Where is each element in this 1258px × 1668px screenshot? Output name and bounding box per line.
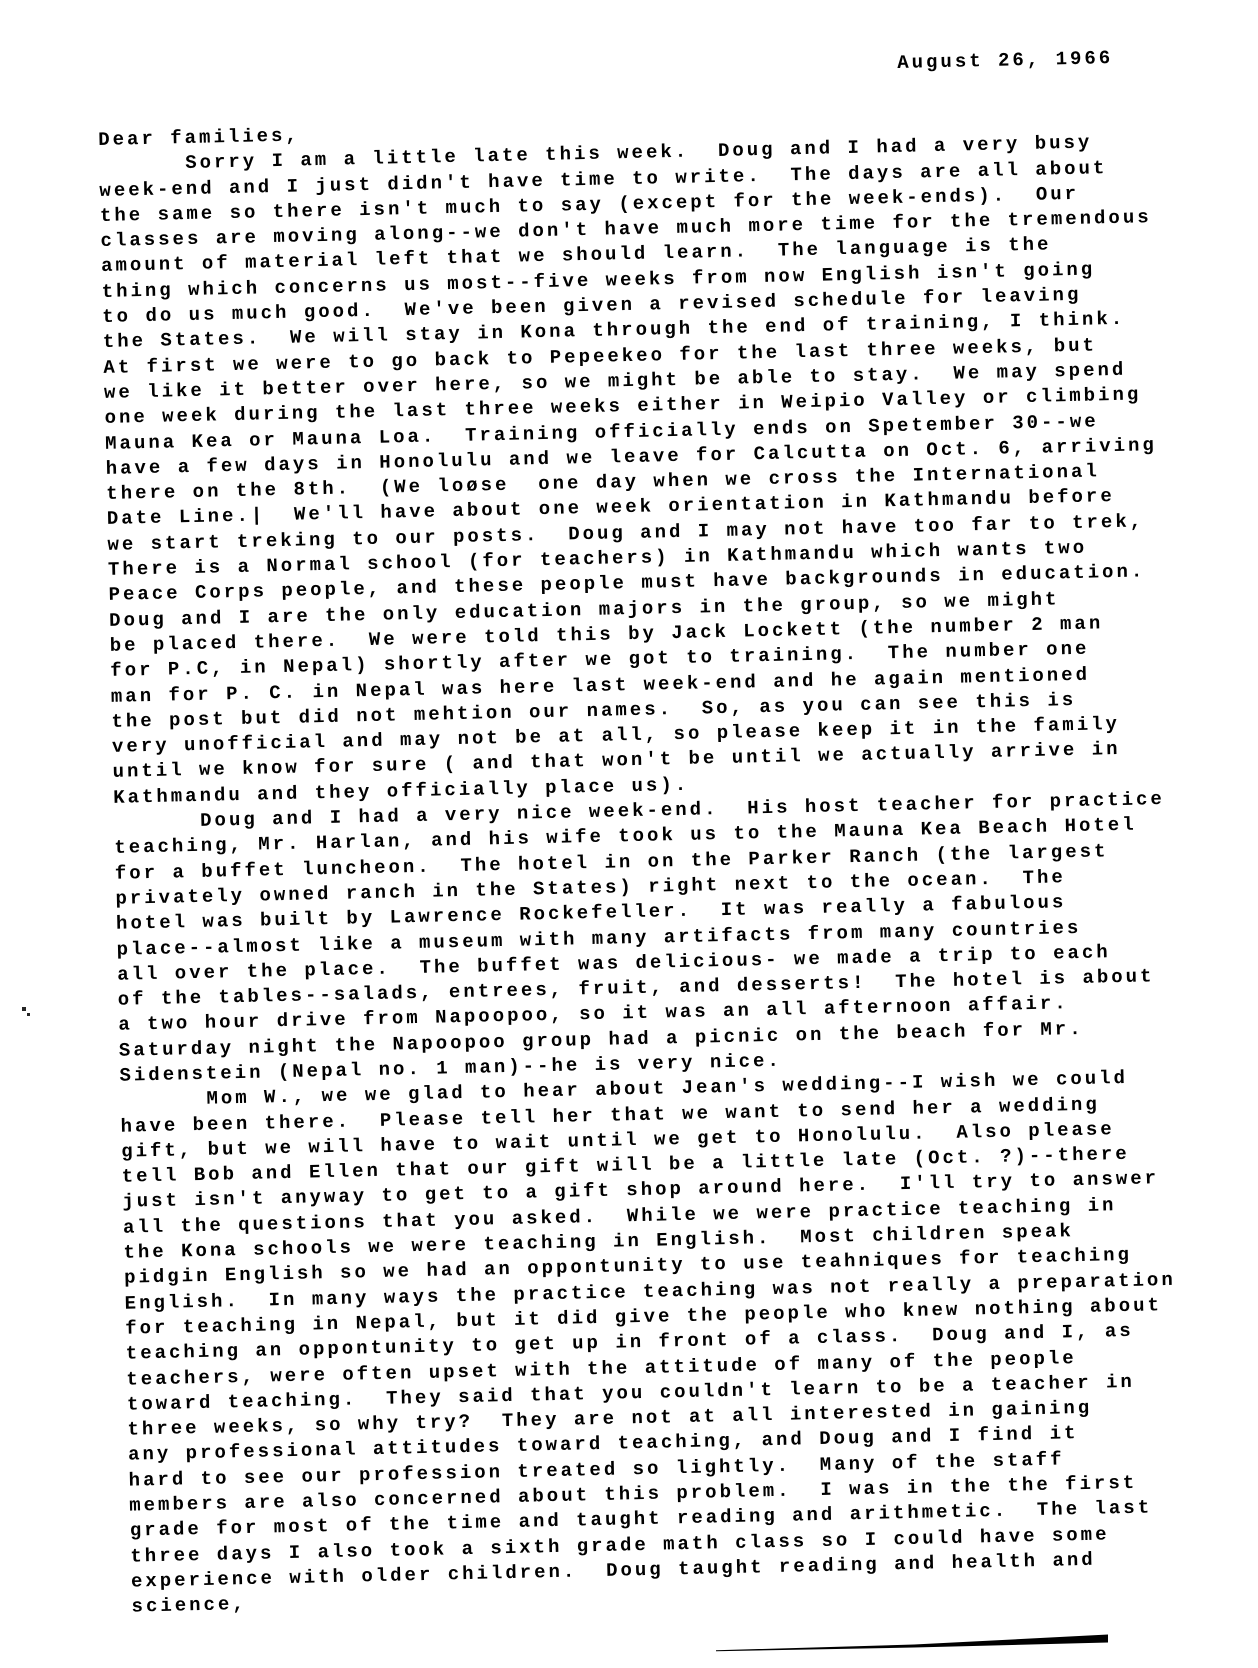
scanner-streak-artifact	[714, 1630, 1114, 1658]
letter-body-text: Dear families, Sorry I am a little late …	[98, 104, 1183, 1620]
scan-dot-artifact	[27, 1013, 30, 1016]
letter-page: August 26, 1966 Dear families, Sorry I a…	[0, 0, 1258, 1668]
letter-date: August 26, 1966	[897, 47, 1113, 74]
scan-dot-artifact	[22, 1007, 26, 1011]
